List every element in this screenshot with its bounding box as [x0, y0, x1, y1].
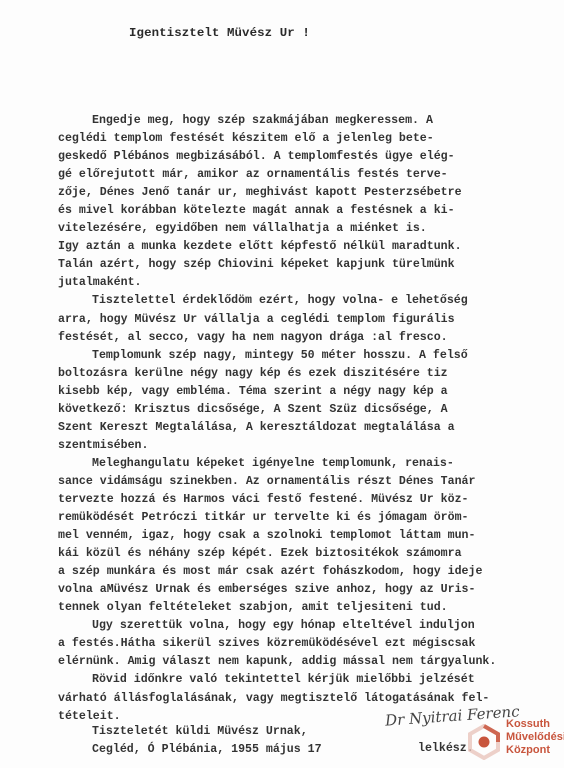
letter-line: Rövid időnkre való tekintettel kérjük mi…: [58, 671, 558, 689]
salutation: Igentisztelt Müvész Ur !: [129, 26, 310, 40]
letter-line: volna aMüvész Urnak és emberséges szive …: [58, 581, 558, 599]
closing: Tiszteletét küldi Müvész Urnak, Cegléd, …: [92, 723, 322, 759]
letter-line: Ugy szerettük volna, hogy egy hónap elte…: [58, 617, 558, 635]
letter-line: ceglédi templom festését készitem elő a …: [58, 130, 558, 148]
letter-line: geskedő Plébános megbizásából. A templom…: [58, 148, 558, 166]
watermark-line3: Központ: [506, 744, 550, 756]
place-date: Cegléd, Ó Plébánia, 1955 május 17: [92, 743, 322, 756]
letter-line: szentmisében.: [58, 437, 558, 455]
letter-line: Tisztelettel érdeklődöm ezért, hogy voln…: [58, 292, 558, 310]
watermark-line2: Művelődési: [506, 731, 564, 743]
letter-line: vitelezésére, egyidőben nem vállalhatja …: [58, 220, 558, 238]
letter-line: a festés.Hátha sikerül szives közremüköd…: [58, 635, 558, 653]
letter-line: Engedje meg, hogy szép szakmájában megke…: [58, 112, 558, 130]
letter-line: arra, hogy Müvész Ur vállalja a ceglédi …: [58, 311, 558, 329]
letter-body: Engedje meg, hogy szép szakmájában megke…: [58, 112, 558, 726]
watermark-line1: Kossuth: [506, 718, 550, 730]
letter-line: tervezte hozzá és Harmos váci festő fest…: [58, 491, 558, 509]
letter-line: mel venném, igaz, hogy csak a szolnoki t…: [58, 527, 558, 545]
watermark-logo: Kossuth Művelődési Központ: [466, 718, 564, 766]
letter-line: Templomunk szép nagy, mintegy 50 méter h…: [58, 347, 558, 365]
letter-line: jutalmaként.: [58, 274, 558, 292]
letter-line: következő: Krisztus dicsősége, A Szent S…: [58, 401, 558, 419]
letter-line: és mivel korábban kötelezte magát annak …: [58, 202, 558, 220]
letter-line: Igy aztán a munka kezdete előtt képfestő…: [58, 238, 558, 256]
letter-page: Igentisztelt Müvész Ur ! Engedje meg, ho…: [0, 0, 564, 768]
watermark-text: Kossuth Művelődési Központ: [506, 718, 564, 757]
letter-line: a szép munkára és most már csak azért fo…: [58, 563, 558, 581]
letter-line: kisebb kép, vagy embléma. Téma szerint a…: [58, 383, 558, 401]
letter-line: kái közül és néhány szép képét. Ezek biz…: [58, 545, 558, 563]
closing-greeting: Tiszteletét küldi Müvész Urnak,: [92, 725, 308, 738]
hexagon-logo-icon: [466, 724, 502, 760]
letter-line: elérnünk. Amig választ nem kapunk, addig…: [58, 653, 558, 671]
letter-line: Meleghangulatu képeket igényelne templom…: [58, 455, 558, 473]
letter-line: remüködését Petróczi titkár ur tervelte …: [58, 509, 558, 527]
letter-line: gé előrejutott már, amikor az ornamentál…: [58, 166, 558, 184]
letter-line: sance vidámságu szinekben. Az ornamentál…: [58, 473, 558, 491]
letter-line: boltozásra kerülne négy nagy kép és ezek…: [58, 365, 558, 383]
letter-line: tennek olyan feltételeket szabjon, amit …: [58, 599, 558, 617]
letter-line: zője, Dénes Jenő tanár ur, meghivást kap…: [58, 184, 558, 202]
letter-line: Talán azért, hogy szép Chiovini képeket …: [58, 256, 558, 274]
letter-line: festését, al secco, vagy ha nem nagyon d…: [58, 329, 558, 347]
letter-line: Szent Kereszt Megtalálása, A keresztáldo…: [58, 419, 558, 437]
